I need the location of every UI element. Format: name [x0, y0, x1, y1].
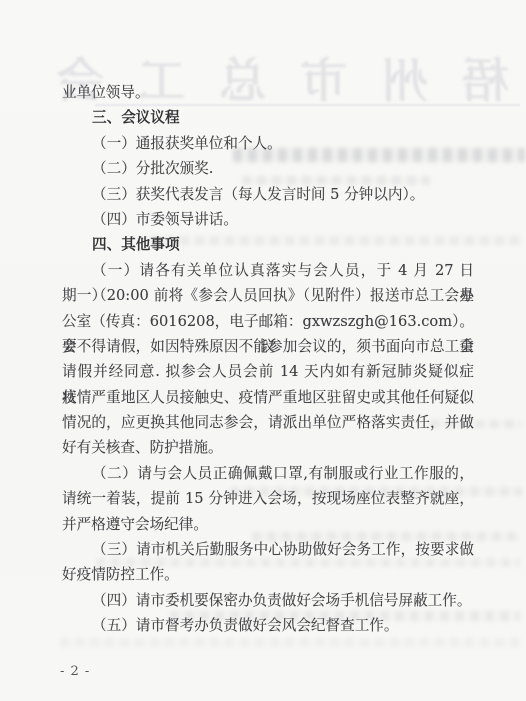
doc-line: 请统一着装，提前 15 分钟进入会场，按现场座位表整齐就座， [62, 486, 474, 511]
section-heading: 四、其他事项 [62, 232, 474, 257]
doc-line: （一）请各有关单位认真落实与会人员，于 4 月 27 日（星 [62, 258, 474, 283]
doc-line: （一）通报获奖单位和个人。 [62, 131, 474, 156]
section-heading: 三、会议议程 [62, 105, 474, 130]
doc-line: 好有关核查、防护措施。 [62, 435, 474, 460]
doc-line: 情况的，应更换其他同志参会，请派出单位严格落实责任，并做 [62, 410, 474, 435]
doc-line: （二）请与会人员正确佩戴口罩,有制服或行业工作服的， [62, 461, 474, 486]
doc-line: （四）市委领导讲话。 [62, 207, 474, 232]
doc-line: （三）请市机关后勤服务中心协助做好会务工作，按要求做 [62, 537, 474, 562]
document-body: 业单位领导。 三、会议议程 （一）通报获奖单位和个人。 （二）分批次颁奖. （三… [62, 80, 474, 639]
doc-line: （五）请市督考办负责做好会风会纪督查工作。 [62, 613, 474, 638]
doc-line: 期一）20:00 前将《参会人员回执》（见附件）报送市总工会办 [62, 283, 474, 308]
doc-line: 疫情严重地区人员接触史、疫情严重地区驻留史或其他任何疑似 [62, 385, 474, 410]
doc-line: 公室（传真：6016208，电子邮箱：gxwzszgh@163.com）。会议重 [62, 309, 474, 334]
bleedthrough-smudge [60, 638, 520, 647]
page-number: - 2 - [60, 664, 90, 679]
doc-line: 请假并经同意. 拟参会人员会前 14 天内如有新冠肺炎疑似症状、 [62, 359, 474, 384]
doc-line: 好疫情防控工作。 [62, 562, 474, 587]
doc-line: 并严格遵守会场纪律。 [62, 512, 474, 537]
doc-line: 要不得请假，如因特殊原因不能参加会议的，须书面向市总工会 [62, 334, 474, 359]
doc-line: （二）分批次颁奖. [62, 156, 474, 181]
doc-line: （四）请市委机要保密办负责做好会场手机信号屏蔽工作。 [62, 588, 474, 613]
doc-line: （三）获奖代表发言（每人发言时间 5 分钟以内）。 [62, 182, 474, 207]
scanned-document-page: 梧州市总工会 业单位领导。 三、会议议程 （一）通报获奖单位和个人。 （二）分批… [0, 0, 526, 701]
doc-line: 业单位领导。 [62, 80, 474, 105]
